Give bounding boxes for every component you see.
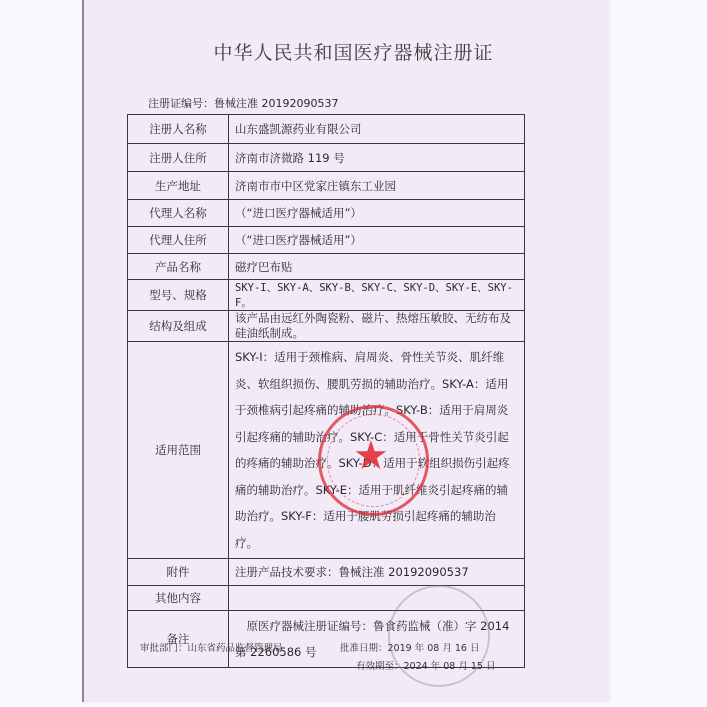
company-seal-stamp: ★: [318, 405, 429, 516]
table-row: 附件 注册产品技术要求：鲁械注准 20192090537: [128, 559, 525, 586]
field-value: 磁疗巴布贴: [229, 254, 525, 280]
field-value: 济南市济微路 119 号: [229, 144, 525, 172]
field-value: SKY-I、SKY-A、SKY-B、SKY-C、SKY-D、SKY-E、SKY-…: [229, 280, 525, 311]
table-row: 结构及组成 该产品由远红外陶瓷粉、磁片、热熔压敏胶、无纺布及硅油纸制成。: [128, 311, 525, 342]
field-value: 该产品由远红外陶瓷粉、磁片、热熔压敏胶、无纺布及硅油纸制成。: [229, 311, 525, 342]
field-label: 代理人名称: [128, 200, 229, 227]
star-icon: ★: [353, 436, 389, 476]
official-seal-stamp: [388, 585, 490, 687]
table-row: 型号、规格 SKY-I、SKY-A、SKY-B、SKY-C、SKY-D、SKY-…: [128, 280, 525, 311]
field-label: 注册人住所: [128, 144, 229, 172]
field-label: 适用范围: [128, 342, 229, 559]
table-row: 注册人名称 山东盛凯源药业有限公司: [128, 115, 525, 144]
field-label: 附件: [128, 559, 229, 586]
registration-number: 注册证编号：鲁械注准 20192090537: [148, 95, 338, 111]
table-row: 代理人名称 （“进口医疗器械适用”）: [128, 200, 525, 227]
field-value: （“进口医疗器械适用”）: [229, 200, 525, 227]
field-value: 山东盛凯源药业有限公司: [229, 115, 525, 144]
field-value: 注册产品技术要求：鲁械注准 20192090537: [229, 559, 525, 586]
field-label: 注册人名称: [128, 115, 229, 144]
field-label: 产品名称: [128, 254, 229, 280]
field-value: （“进口医疗器械适用”）: [229, 227, 525, 254]
field-label: 生产地址: [128, 172, 229, 200]
field-label: 备注: [128, 611, 229, 668]
table-row: 注册人住所 济南市济微路 119 号: [128, 144, 525, 172]
field-label: 结构及组成: [128, 311, 229, 342]
document-title: 中华人民共和国医疗器械注册证: [0, 38, 707, 65]
registration-number-value: 鲁械注准 20192090537: [214, 97, 338, 110]
certificate-table: 注册人名称 山东盛凯源药业有限公司 注册人住所 济南市济微路 119 号 生产地…: [127, 114, 525, 668]
table-row: 生产地址 济南市市中区党家庄镇东工业园: [128, 172, 525, 200]
field-label: 代理人住所: [128, 227, 229, 254]
field-value: 济南市市中区党家庄镇东工业园: [229, 172, 525, 200]
approval-department: 审批部门：山东省药品监督管理局: [140, 640, 283, 654]
field-label: 型号、规格: [128, 280, 229, 311]
field-label: 其他内容: [128, 586, 229, 611]
table-row: 代理人住所 （“进口医疗器械适用”）: [128, 227, 525, 254]
registration-number-label: 注册证编号：: [148, 97, 214, 110]
table-row: 产品名称 磁疗巴布贴: [128, 254, 525, 280]
